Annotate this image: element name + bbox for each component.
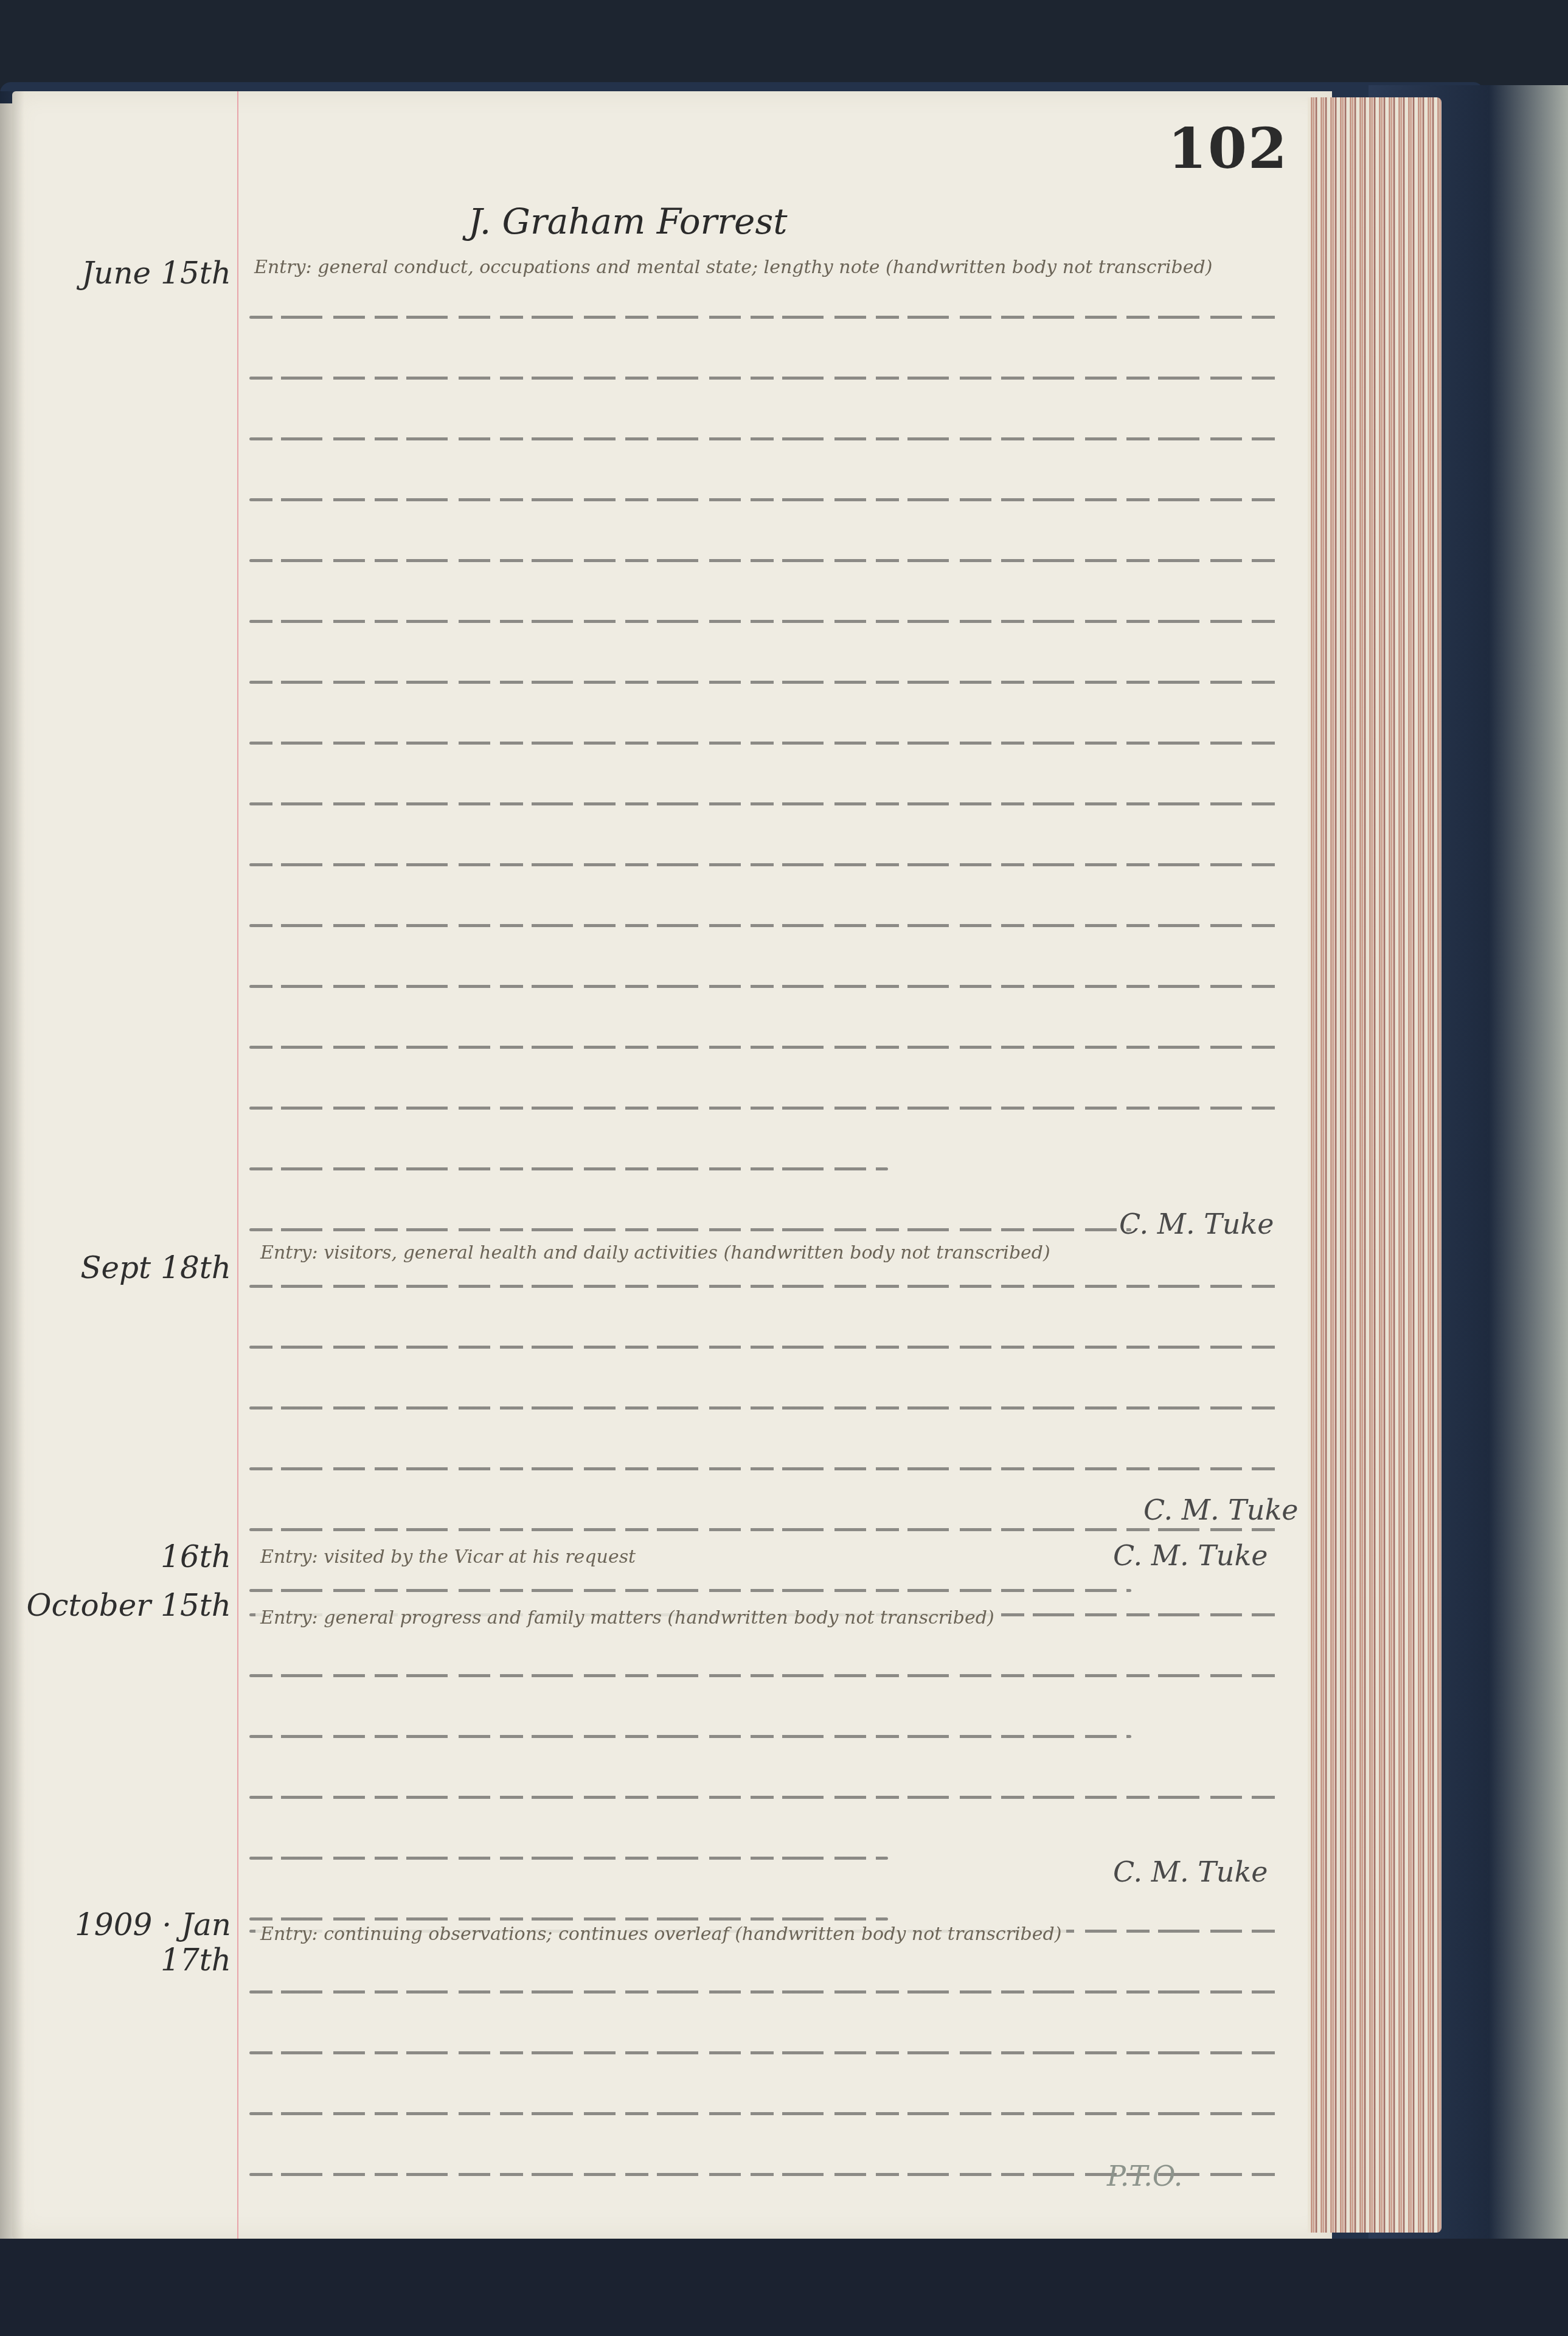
handwritten-line [243,1314,1314,1375]
physician-signature: C. M. Tuke [1119,1208,1274,1240]
page-number: 102 [1168,116,1288,181]
handwritten-line [243,588,1314,649]
handwritten-line [243,771,1314,832]
entry-date: 16th [12,1539,231,1574]
handwritten-line [243,710,1314,771]
entry-date: 1909 · Jan 17th [12,1907,231,1978]
entry-summary: Entry: general progress and family matte… [255,1606,999,1630]
handwritten-line [243,1014,1314,1075]
entry-summary: Entry: general conduct, occupations and … [249,255,1217,279]
entry-date: Sept 18th [12,1250,231,1285]
red-margin-rule [237,91,238,2239]
handwritten-line [243,832,1314,892]
handwritten-line [243,1075,1314,1136]
page-heading: J. Graham Forrest [468,201,787,242]
handwritten-line [243,406,1314,467]
handwritten-line [243,467,1314,527]
handwritten-line [243,2080,1314,2141]
handwritten-line [243,953,1314,1014]
handwritten-line [243,1136,1314,1197]
handwritten-line [243,527,1314,588]
handwritten-line [243,1764,1314,1825]
handwritten-line [243,892,1314,953]
gilt-page-edges [1308,97,1441,2233]
physician-signature: C. M. Tuke [1143,1493,1299,1526]
physician-signature: C. M. Tuke [1113,1855,1268,1888]
handwritten-line [243,1959,1314,2020]
handwritten-line [243,2020,1314,2080]
handwritten-line [243,1375,1314,1436]
case-entry: Entry: general conduct, occupations and … [243,255,1314,1257]
physician-signature: C. M. Tuke [1113,1539,1268,1572]
handwritten-line [243,345,1314,406]
entry-summary: Entry: visitors, general health and dail… [255,1241,1055,1265]
handwritten-line [243,1436,1314,1496]
entry-date: October 15th [12,1588,231,1623]
entry-summary: Entry: continuing observations; continue… [255,1922,1066,1946]
handwritten-line [243,284,1314,345]
entry-date: June 15th [12,255,231,291]
entry-summary: Entry: visited by the Vicar at his reque… [255,1545,640,1569]
handwritten-line [243,1642,1314,1703]
handwritten-line [243,649,1314,710]
backdrop [0,2239,1568,2336]
handwritten-line [243,1703,1314,1764]
case-entry [243,1582,1314,1947]
please-turn-over-note: P.T.O. [1107,2160,1182,2192]
